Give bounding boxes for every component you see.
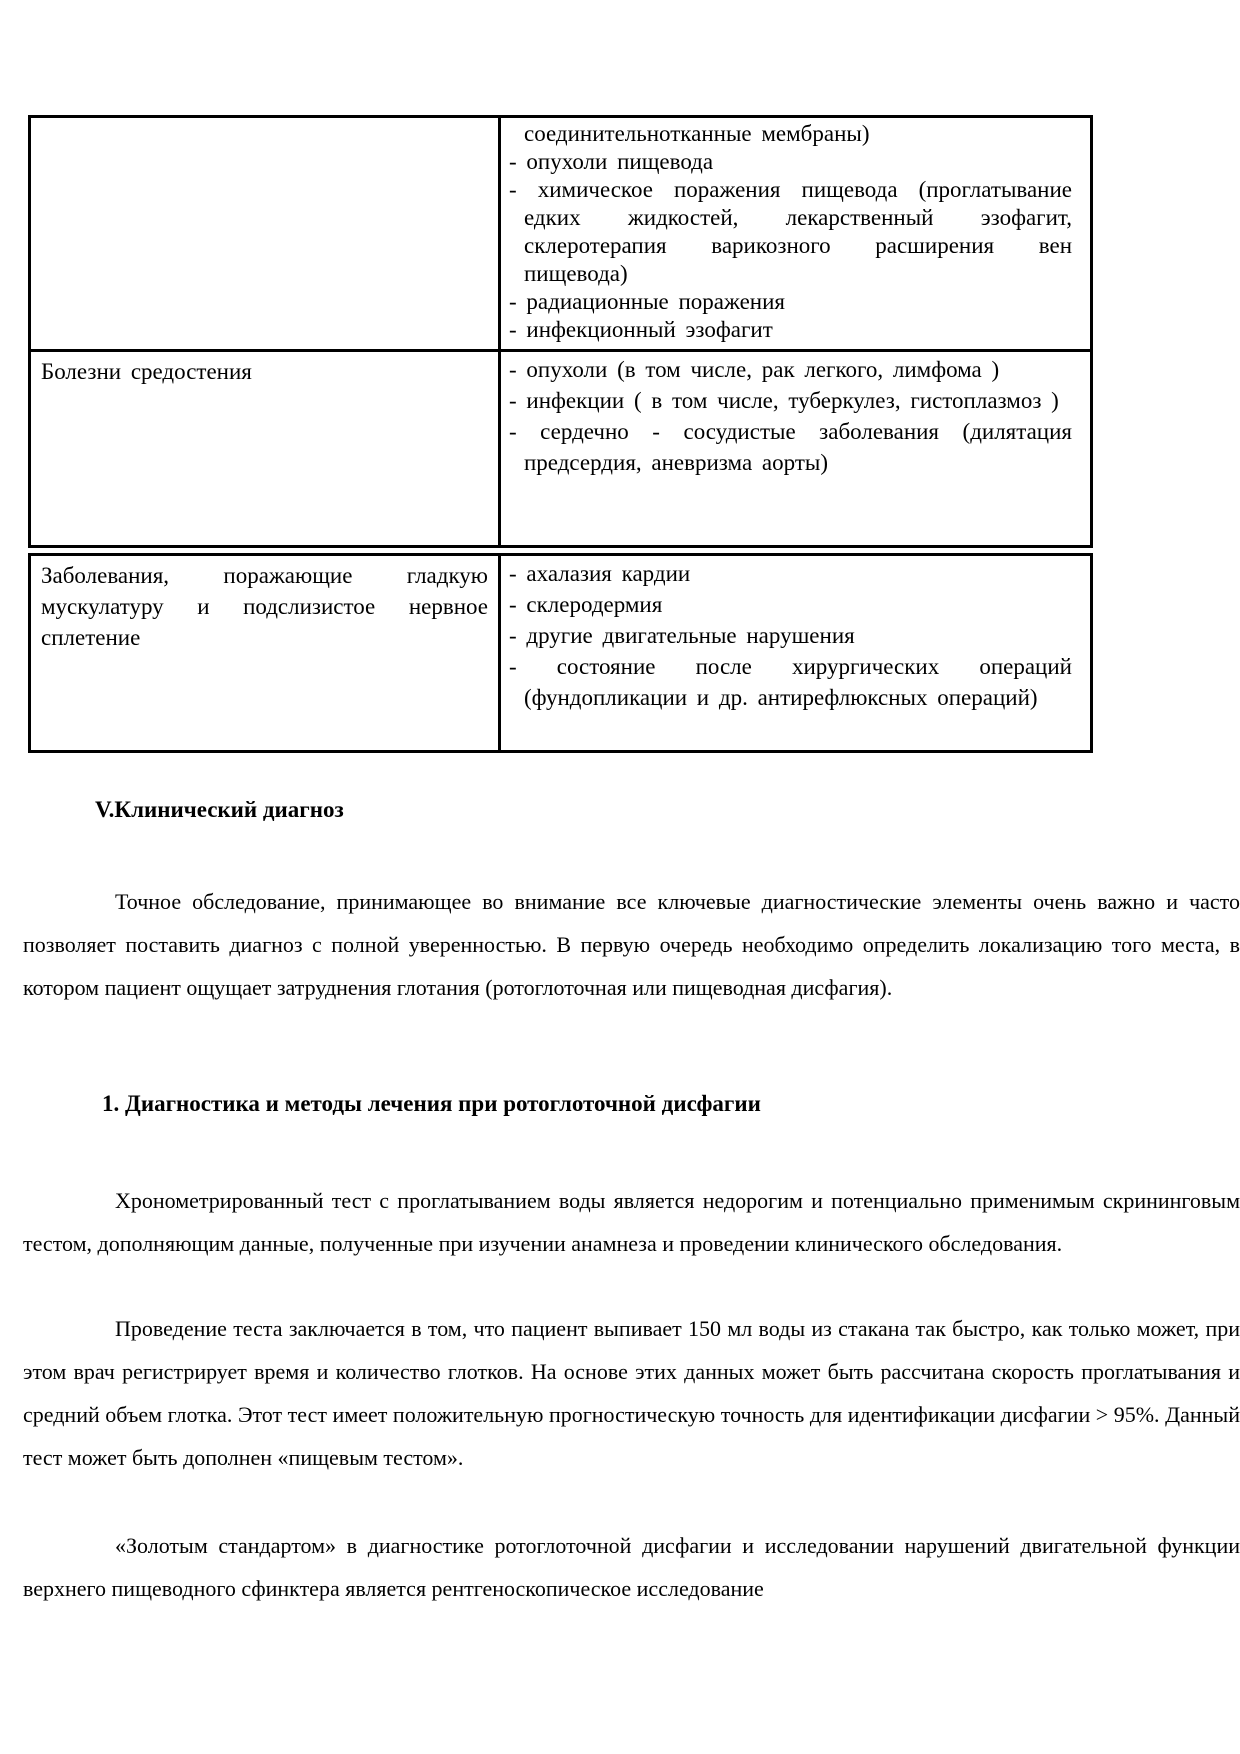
table-item: - состояние после хирургических операций… — [509, 651, 1072, 713]
table-item: - опухоли (в том числе, рак легкого, лим… — [509, 354, 1072, 385]
table-item: - сердечно - сосудистые заболевания (дил… — [509, 416, 1072, 478]
table-item: - инфекционный эзофагит — [509, 316, 1072, 344]
table-item: - ахалазия кардии — [509, 558, 1072, 589]
table-item: - радиационные поражения — [509, 288, 1072, 316]
section-heading-clinical-diagnosis: V.Клинический диагноз — [95, 795, 344, 825]
table-item: - склеродермия — [509, 589, 1072, 620]
table-item: - химическое поражения пищевода (проглат… — [509, 176, 1072, 288]
table-cell-row2-left: Болезни средостения — [31, 349, 498, 545]
differential-diagnosis-table-lower: Заболевания, поражающие гладкую мускулат… — [28, 553, 1093, 753]
document-page: соединительнотканные мембраны) - опухоли… — [0, 0, 1240, 1754]
table-item: - другие двигательные нарушения — [509, 620, 1072, 651]
subsection-heading-oropharyngeal-dysphagia: 1. Диагностика и методы лечения при рото… — [102, 1089, 761, 1119]
table-cell-row3-left: Заболевания, поражающие гладкую мускулат… — [31, 556, 498, 750]
table-item: - инфекции ( в том числе, туберкулез, ги… — [509, 385, 1072, 416]
table-item: соединительнотканные мембраны) — [509, 120, 1072, 148]
table-cell-row3-right: - ахалазия кардии - склеродермия - други… — [498, 556, 1090, 750]
table-cell-row2-right: - опухоли (в том числе, рак легкого, лим… — [498, 349, 1090, 545]
table-item: - опухоли пищевода — [509, 148, 1072, 176]
paragraph-timed-water-test: Хронометрированный тест с проглатыванием… — [23, 1179, 1240, 1265]
paragraph-exact-examination: Точное обследование, принимающее во вним… — [23, 880, 1240, 1009]
paragraph-gold-standard: «Золотым стандартом» в диагностике ротог… — [23, 1524, 1240, 1610]
differential-diagnosis-table-upper: соединительнотканные мембраны) - опухоли… — [28, 115, 1093, 548]
table-cell-row1-right: соединительнотканные мембраны) - опухоли… — [498, 118, 1090, 349]
paragraph-test-procedure: Проведение теста заключается в том, что … — [23, 1307, 1240, 1479]
table-cell-row1-left — [31, 118, 498, 349]
